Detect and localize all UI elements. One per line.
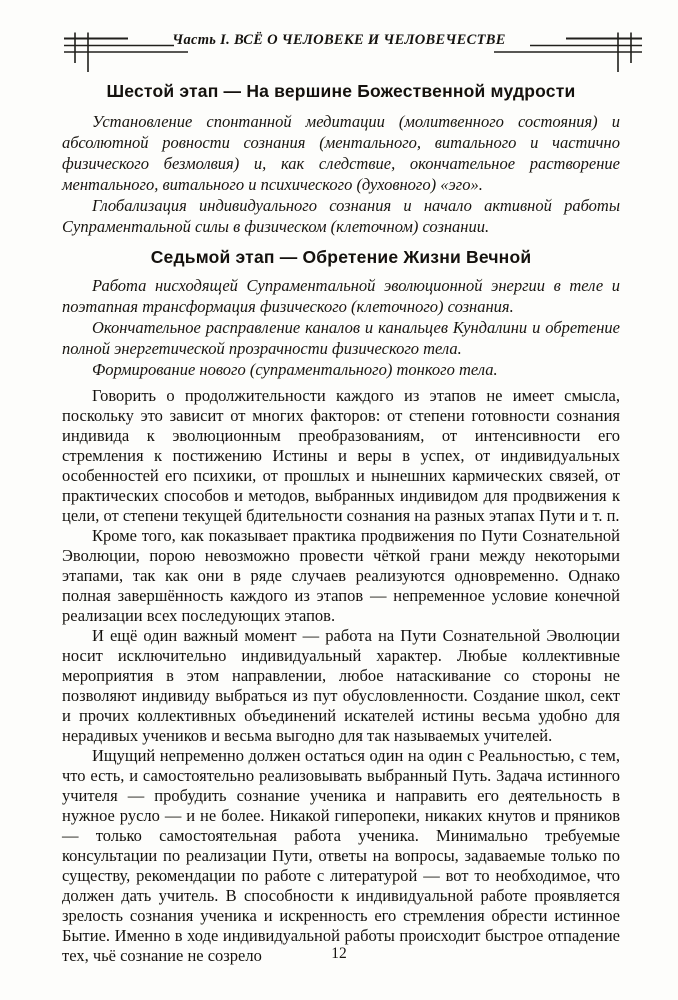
stage-description-paragraph: Формирование нового (супраментального) т… bbox=[62, 359, 620, 380]
body-paragraph: Ищущий непременно должен остаться один н… bbox=[62, 746, 620, 966]
section-heading-sixth-stage: Шестой этап — На вершине Божественной му… bbox=[62, 80, 620, 102]
body-paragraph: Кроме того, как показывает практика прод… bbox=[62, 526, 620, 626]
book-page: Часть I. ВСЁ О ЧЕЛОВЕКЕ И ЧЕЛОВЕЧЕСТВЕ Ш… bbox=[0, 0, 678, 1000]
stage-description-paragraph: Установление спонтанной медитации (молит… bbox=[62, 111, 620, 195]
stage-description-paragraph: Работа нисходящей Супраментальной эволюц… bbox=[62, 275, 620, 317]
running-head-row: Часть I. ВСЁ О ЧЕЛОВЕКЕ И ЧЕЛОВЕЧЕСТВЕ bbox=[0, 0, 678, 78]
section-heading-seventh-stage: Седьмой этап — Обретение Жизни Вечной bbox=[62, 246, 620, 268]
header-flourish-right-icon bbox=[492, 31, 642, 77]
stage-description-paragraph: Глобализация индивидуального сознания и … bbox=[62, 195, 620, 237]
page-number: 12 bbox=[0, 945, 678, 963]
text-block: Шестой этап — На вершине Божественной му… bbox=[62, 78, 620, 966]
body-paragraph: Говорить о продолжительности каждого из … bbox=[62, 386, 620, 526]
body-paragraph: И ещё один важный момент — работа на Пут… bbox=[62, 626, 620, 746]
stage-description-paragraph: Окончательное расправление каналов и кан… bbox=[62, 317, 620, 359]
